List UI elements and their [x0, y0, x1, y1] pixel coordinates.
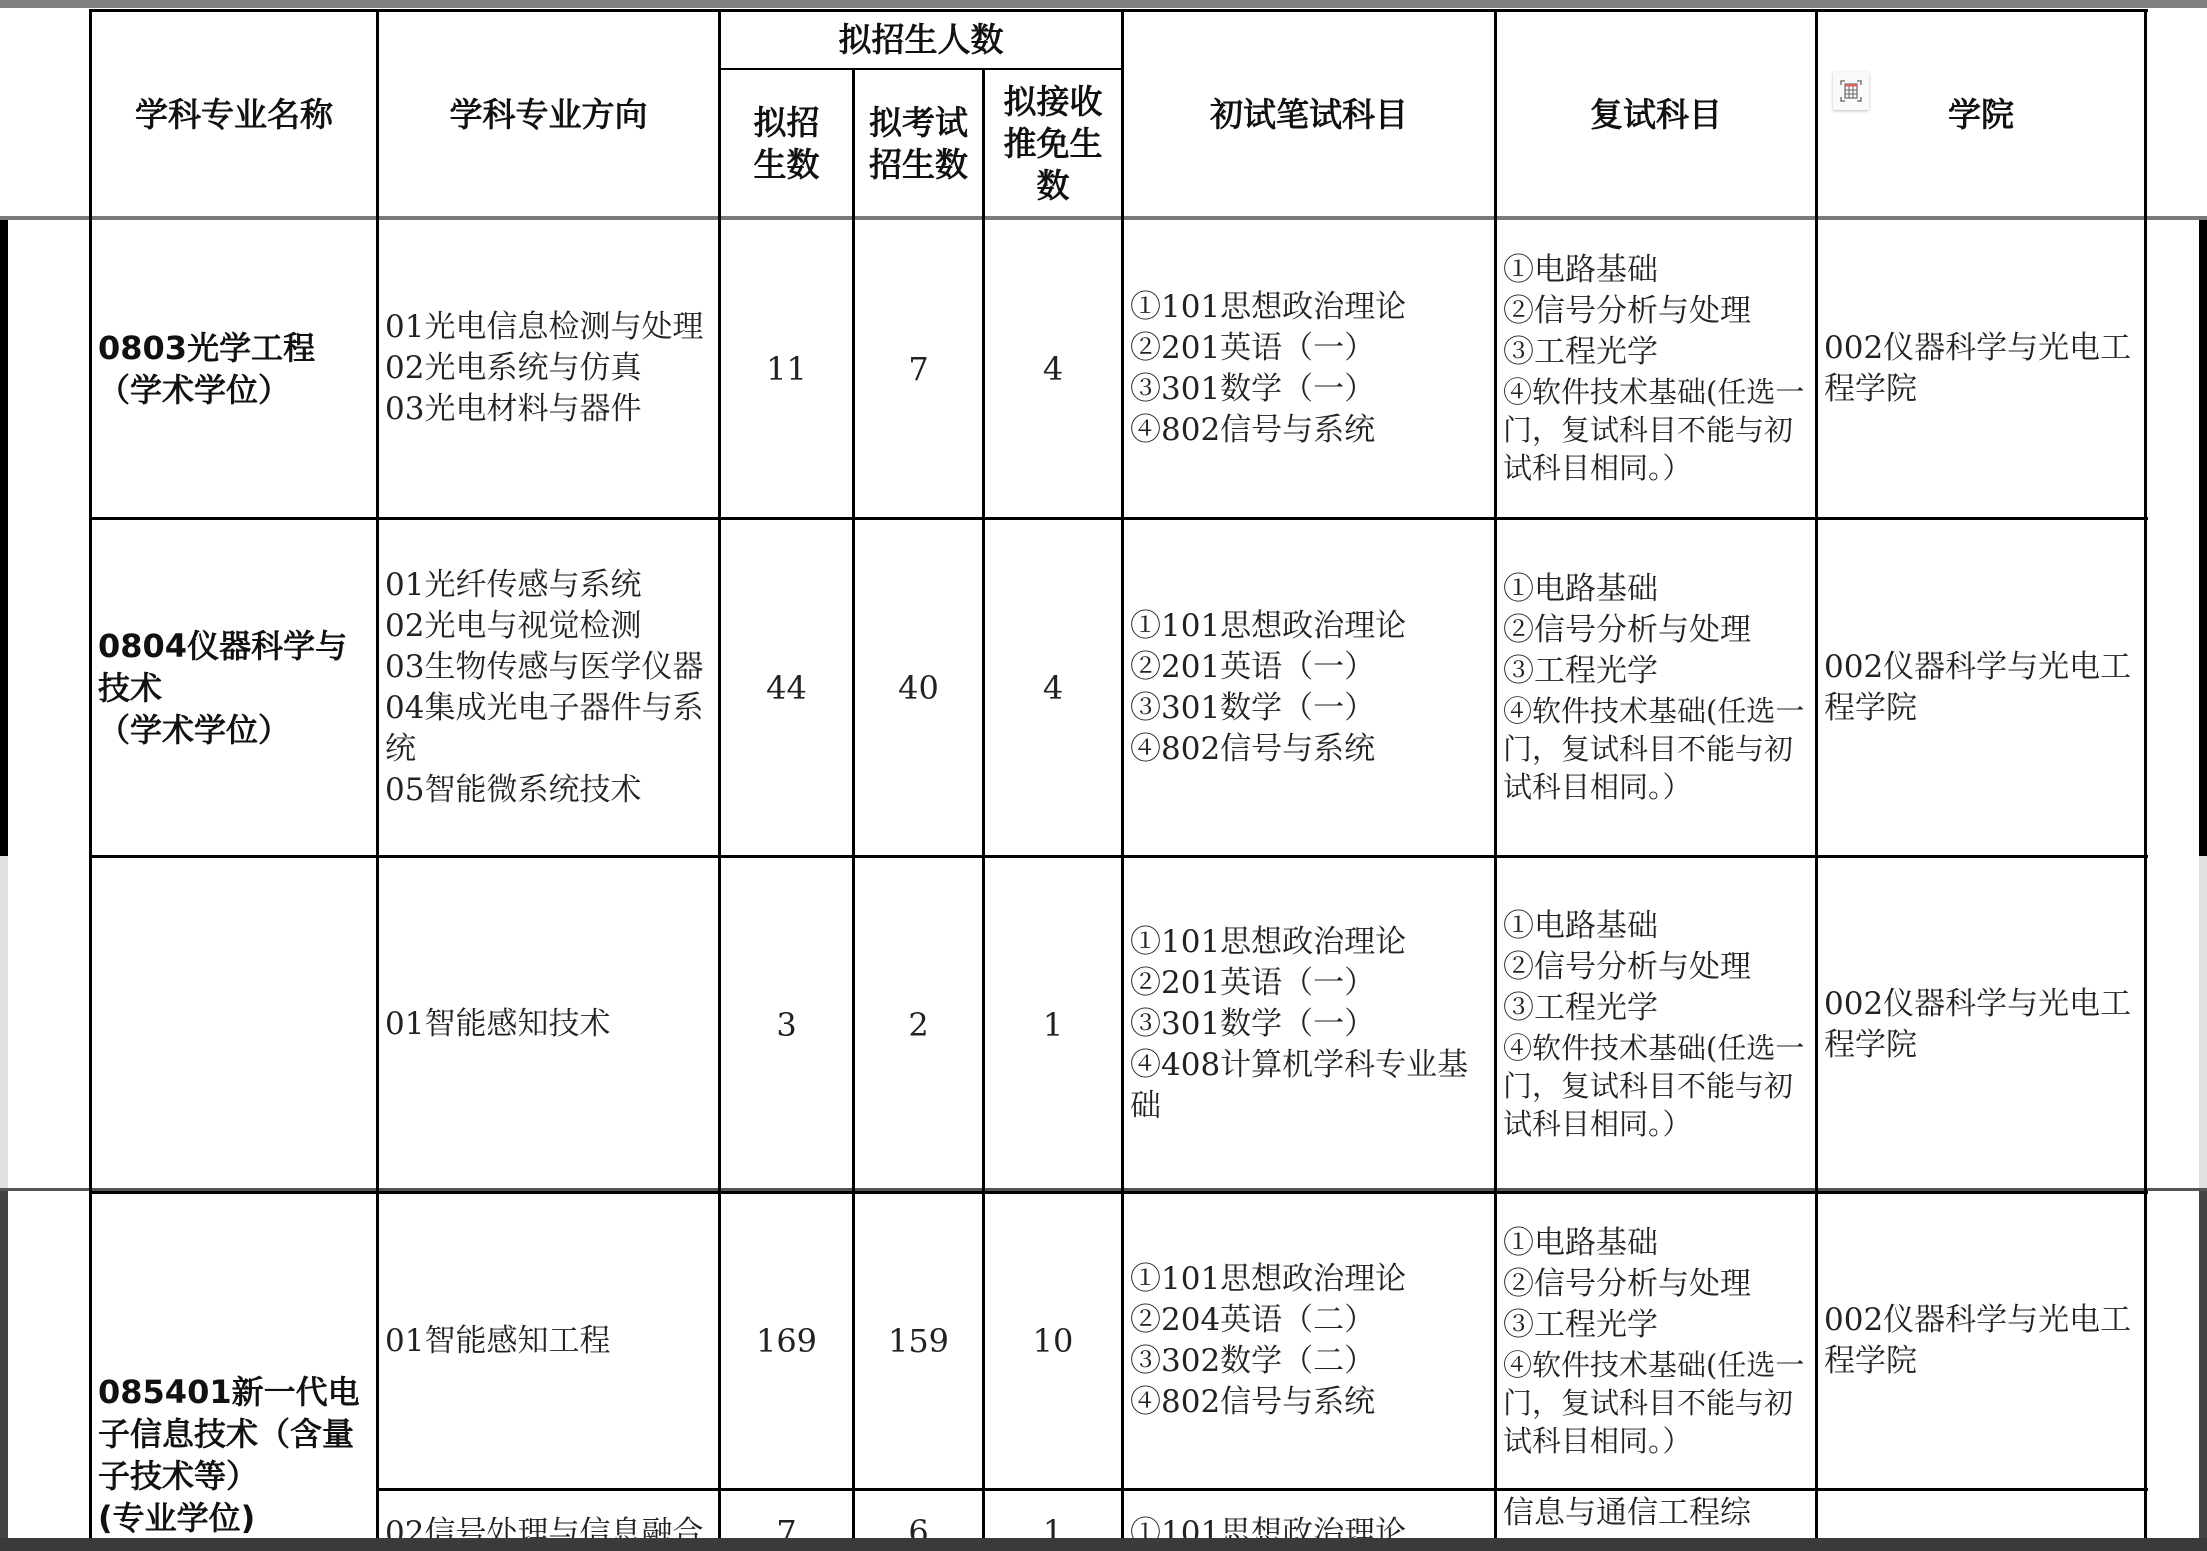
- exam-subject: ①101思想政治理论: [1124, 1513, 1406, 1538]
- retest-subject: ②信号分析与处理: [1503, 610, 1809, 651]
- window-frame-bottom: [0, 1538, 2207, 1551]
- retest-subject: ③工程光学: [1503, 1305, 1809, 1346]
- plan-exempt-value: 10: [1033, 1322, 1074, 1360]
- major-name-cell: 085401新一代电子信息技术（含量子技术等） (专业学位): [92, 1194, 376, 1539]
- left-edge-band: [0, 218, 8, 856]
- plan-total-value: 3: [776, 1006, 796, 1044]
- major-code-name: 0804仪器科学与技术: [98, 625, 366, 709]
- header-plan-exempt: 拟接收 推免生 数: [985, 71, 1121, 217]
- retest-subject: ④软件技术基础(任选一门，复试科目不能与初试科目相同。）: [1503, 1029, 1809, 1143]
- direction-item: 03生物传感与医学仪器: [385, 647, 712, 688]
- degree-type: （学术学位）: [98, 369, 376, 411]
- plan-total-cell: 11: [721, 220, 852, 517]
- header-divider: [719, 68, 1122, 70]
- college-name: 002仪器科学与光电工程学院: [1824, 1300, 2134, 1382]
- exam-subject: ③301数学（一）: [1130, 369, 1494, 410]
- retest-subject: ③工程光学: [1503, 988, 1809, 1029]
- plan-total-cell: 3: [721, 858, 852, 1191]
- direction-item: 01智能感知技术: [385, 1004, 718, 1045]
- retest-cell: ①电路基础 ②信号分析与处理 ③工程光学 ④软件技术基础(任选一门，复试科目不能…: [1497, 858, 1815, 1191]
- direction-cell: 01智能感知工程: [379, 1194, 718, 1488]
- direction-item: 01光纤传感与系统: [385, 565, 712, 606]
- direction-cell: 01智能感知技术: [379, 858, 718, 1191]
- header-plan-total: 拟招 生数: [721, 71, 852, 217]
- right-edge-band: [2199, 1189, 2207, 1539]
- direction-item: 02信号处理与信息融合: [379, 1513, 703, 1538]
- degree-type: (专业学位): [98, 1497, 362, 1539]
- plan-exam-value: 7: [908, 350, 928, 388]
- header-retest: 复试科目: [1497, 12, 1815, 217]
- retest-subject: ①电路基础: [1503, 569, 1809, 610]
- degree-type: （学术学位）: [98, 709, 366, 751]
- right-edge-band: [2199, 856, 2207, 1189]
- retest-subject: 信息与通信工程综: [1497, 1493, 1751, 1534]
- major-name-cell: 0803光学工程 （学术学位）: [92, 220, 376, 517]
- exam-subject: ④802信号与系统: [1130, 410, 1494, 451]
- plan-exempt-value: 4: [1043, 350, 1063, 388]
- retest-subject: ①电路基础: [1503, 1223, 1809, 1264]
- exam-subject: ③301数学（一）: [1130, 1004, 1486, 1045]
- header-major-name: 学科专业名称: [92, 12, 376, 217]
- major-code-name: 085401新一代电子信息技术（含量子技术等）: [98, 1371, 362, 1497]
- retest-subject: ②信号分析与处理: [1503, 291, 1809, 332]
- retest-subject: ③工程光学: [1503, 332, 1809, 373]
- header-label: 复试科目: [1590, 94, 1722, 136]
- college-name: 002仪器科学与光电工程学院: [1824, 328, 2134, 410]
- exam-subject: ①101思想政治理论: [1130, 606, 1494, 647]
- table-scan-icon: [1839, 79, 1863, 103]
- plan-exempt-cell: 10: [985, 1194, 1121, 1488]
- left-edge-band: [0, 856, 8, 1189]
- direction-cell: 01光纤传感与系统 02光电与视觉检测 03生物传感与医学仪器 04集成光电子器…: [379, 520, 718, 855]
- retest-cell: ①电路基础 ②信号分析与处理 ③工程光学 ④软件技术基础(任选一门，复试科目不能…: [1497, 520, 1815, 855]
- college-cell: 002仪器科学与光电工程学院: [1818, 1194, 2144, 1488]
- retest-subject: ②信号分析与处理: [1503, 947, 1809, 988]
- retest-subject: ②信号分析与处理: [1503, 1264, 1809, 1305]
- plan-exam-value: 159: [888, 1322, 949, 1360]
- exam-subject: ④802信号与系统: [1130, 729, 1494, 770]
- exam-subject: ④408计算机学科专业基础: [1130, 1045, 1486, 1127]
- direction-item: 02光电系统与仿真: [385, 348, 718, 389]
- plan-exempt-cell: 1: [985, 858, 1121, 1191]
- plan-total-cell: 44: [721, 520, 852, 855]
- retest-subject: ④软件技术基础(任选一门，复试科目不能与初试科目相同。）: [1503, 1346, 1809, 1460]
- exam-subject: ④802信号与系统: [1130, 1382, 1494, 1423]
- direction-item: 01光电信息检测与处理: [385, 307, 718, 348]
- retest-cell: ①电路基础 ②信号分析与处理 ③工程光学 ④软件技术基础(任选一门，复试科目不能…: [1497, 220, 1815, 517]
- college-cell: 002仪器科学与光电工程学院: [1818, 520, 2144, 855]
- plan-total-cell: 169: [721, 1194, 852, 1488]
- college-name: 002仪器科学与光电工程学院: [1824, 984, 2134, 1066]
- header-plan-group: 拟招生人数: [721, 12, 1121, 68]
- header-college: 学院: [1818, 12, 2144, 217]
- header-label: 拟招 生数: [754, 102, 820, 186]
- exam-subject: ③301数学（一）: [1130, 688, 1494, 729]
- plan-exempt-cell: 4: [985, 520, 1121, 855]
- plan-total-value: 44: [766, 669, 807, 707]
- plan-exam-value: 2: [908, 1006, 928, 1044]
- header-label: 学科专业方向: [450, 94, 648, 136]
- exam-subject: ①101思想政治理论: [1130, 922, 1486, 963]
- direction-item: 02光电与视觉检测: [385, 606, 712, 647]
- exam-subject: ①101思想政治理论: [1130, 287, 1494, 328]
- initial-exam-cell: ①101思想政治理论 ②201英语（一） ③301数学（一） ④408计算机学科…: [1124, 858, 1494, 1191]
- exam-subject: ②201英语（一）: [1130, 647, 1494, 688]
- header-label: 拟考试 招生数: [869, 102, 968, 186]
- major-name-cell-empty: [92, 858, 376, 1191]
- exam-subject: ①101思想政治理论: [1130, 1259, 1494, 1300]
- direction-item: 01智能感知工程: [385, 1321, 718, 1362]
- header-plan-exam: 拟考试 招生数: [855, 71, 982, 217]
- plan-exam-value: 40: [898, 669, 939, 707]
- initial-exam-cell: ①101思想政治理论 ②204英语（二） ③302数学（二） ④802信号与系统: [1124, 1194, 1494, 1488]
- retest-subject: ①电路基础: [1503, 906, 1809, 947]
- exam-subject: ②204英语（二）: [1130, 1300, 1494, 1341]
- header-label: 学科专业名称: [135, 94, 333, 136]
- right-edge-band: [2199, 218, 2207, 856]
- retest-subject: ①电路基础: [1503, 250, 1809, 291]
- plan-exempt-value: 4: [1043, 669, 1063, 707]
- plan-total-value: 11: [766, 350, 807, 388]
- plan-exam-value: 6: [855, 1513, 982, 1538]
- college-cell: 002仪器科学与光电工程学院: [1818, 220, 2144, 517]
- plan-exam-cell: 40: [855, 520, 982, 855]
- retest-subject: ④软件技术基础(任选一门，复试科目不能与初试科目相同。）: [1503, 373, 1809, 487]
- plan-exempt-value: 1: [985, 1513, 1121, 1538]
- left-edge-band: [0, 1189, 8, 1539]
- major-name-cell: 0804仪器科学与技术 （学术学位）: [92, 520, 376, 855]
- plan-exam-cell: 2: [855, 858, 982, 1191]
- retest-subject: ④软件技术基础(任选一门，复试科目不能与初试科目相同。）: [1503, 692, 1809, 806]
- partial-row: 02信号处理与信息融合 7 6 1 ①101思想政治理论 信息与通信工程综: [379, 1491, 2144, 1538]
- table-border-right: [2144, 9, 2147, 1539]
- window-frame-top: [0, 0, 2207, 8]
- plan-exempt-cell: 4: [985, 220, 1121, 517]
- header-label: 初试笔试科目: [1210, 94, 1408, 136]
- plan-total-value: 7: [721, 1513, 852, 1538]
- retest-subject: ③工程光学: [1503, 651, 1809, 692]
- initial-exam-cell: ①101思想政治理论 ②201英语（一） ③301数学（一） ④802信号与系统: [1124, 520, 1494, 855]
- direction-item: 05智能微系统技术: [385, 770, 712, 811]
- major-code-name: 0803光学工程: [98, 327, 376, 369]
- exam-subject: ②201英语（一）: [1130, 963, 1486, 1004]
- header-label: 学院: [1948, 94, 2014, 136]
- plan-exempt-value: 1: [1043, 1006, 1063, 1044]
- exam-subject: ③302数学（二）: [1130, 1341, 1494, 1382]
- initial-exam-cell: ①101思想政治理论 ②201英语（一） ③301数学（一） ④802信号与系统: [1124, 220, 1494, 517]
- table-scan-button[interactable]: [1833, 72, 1869, 110]
- exam-subject: ②201英语（一）: [1130, 328, 1494, 369]
- plan-exam-cell: 159: [855, 1194, 982, 1488]
- plan-exam-cell: 7: [855, 220, 982, 517]
- retest-cell: ①电路基础 ②信号分析与处理 ③工程光学 ④软件技术基础(任选一门，复试科目不能…: [1497, 1194, 1815, 1488]
- header-label: 拟招生人数: [839, 19, 1004, 61]
- college-cell: 002仪器科学与光电工程学院: [1818, 858, 2144, 1191]
- college-name: 002仪器科学与光电工程学院: [1824, 647, 2134, 729]
- direction-cell: 01光电信息检测与处理 02光电系统与仿真 03光电材料与器件: [379, 220, 718, 517]
- header-direction: 学科专业方向: [379, 12, 718, 217]
- direction-item: 03光电材料与器件: [385, 389, 718, 430]
- direction-item: 04集成光电子器件与系统: [385, 688, 712, 770]
- header-initial-exam: 初试笔试科目: [1124, 12, 1494, 217]
- plan-total-value: 169: [756, 1322, 817, 1360]
- header-label: 拟接收 推免生 数: [1004, 81, 1103, 207]
